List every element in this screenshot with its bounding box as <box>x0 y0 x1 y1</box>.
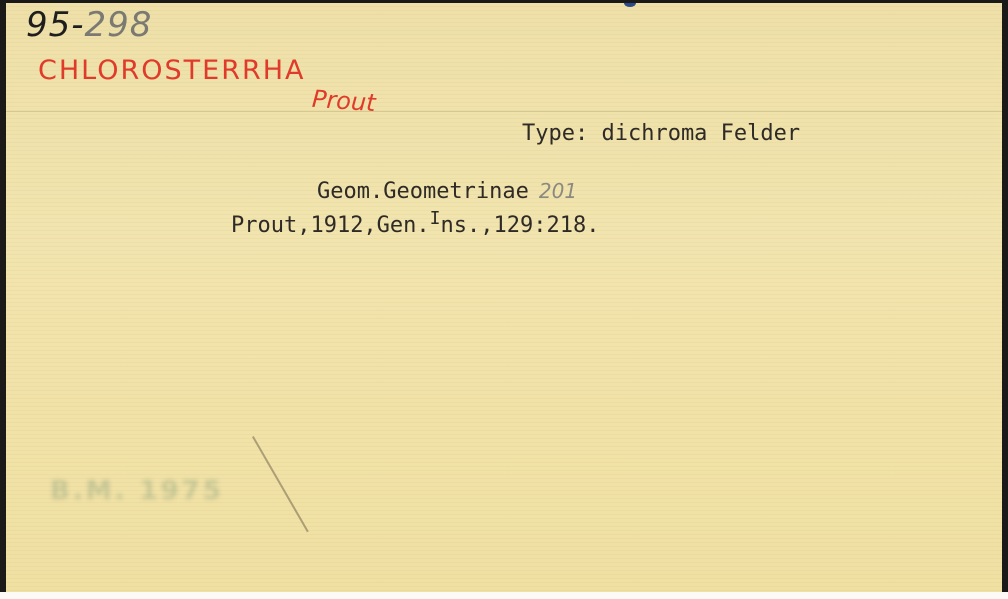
catalog-number-ink: 95- <box>26 5 85 45</box>
citation-part-1: Prout,1912,Gen. <box>231 213 430 238</box>
type-species-line: Type: dichroma Felder <box>522 121 800 146</box>
blue-pin-mark <box>624 3 636 7</box>
citation-part-2: ns.,129:218. <box>441 213 600 238</box>
catalog-number-pencil: 298 <box>85 5 153 45</box>
card-rule-line <box>6 111 1002 112</box>
genus-author: Prout <box>311 85 376 117</box>
index-card: 95-298 CHLOROSTERRHA Prout Type: dichrom… <box>6 3 1002 592</box>
genus-name: CHLOROSTERRHA <box>38 55 305 86</box>
faded-stamp: B.M. 1975 <box>50 476 224 506</box>
bottom-margin <box>0 592 1008 599</box>
citation-line: Prout,1912,Gen.Ins.,129:218. <box>178 188 599 263</box>
scratch-mark <box>252 436 309 532</box>
citation-superscript: I <box>430 208 441 229</box>
catalog-number: 95-298 <box>26 5 152 45</box>
